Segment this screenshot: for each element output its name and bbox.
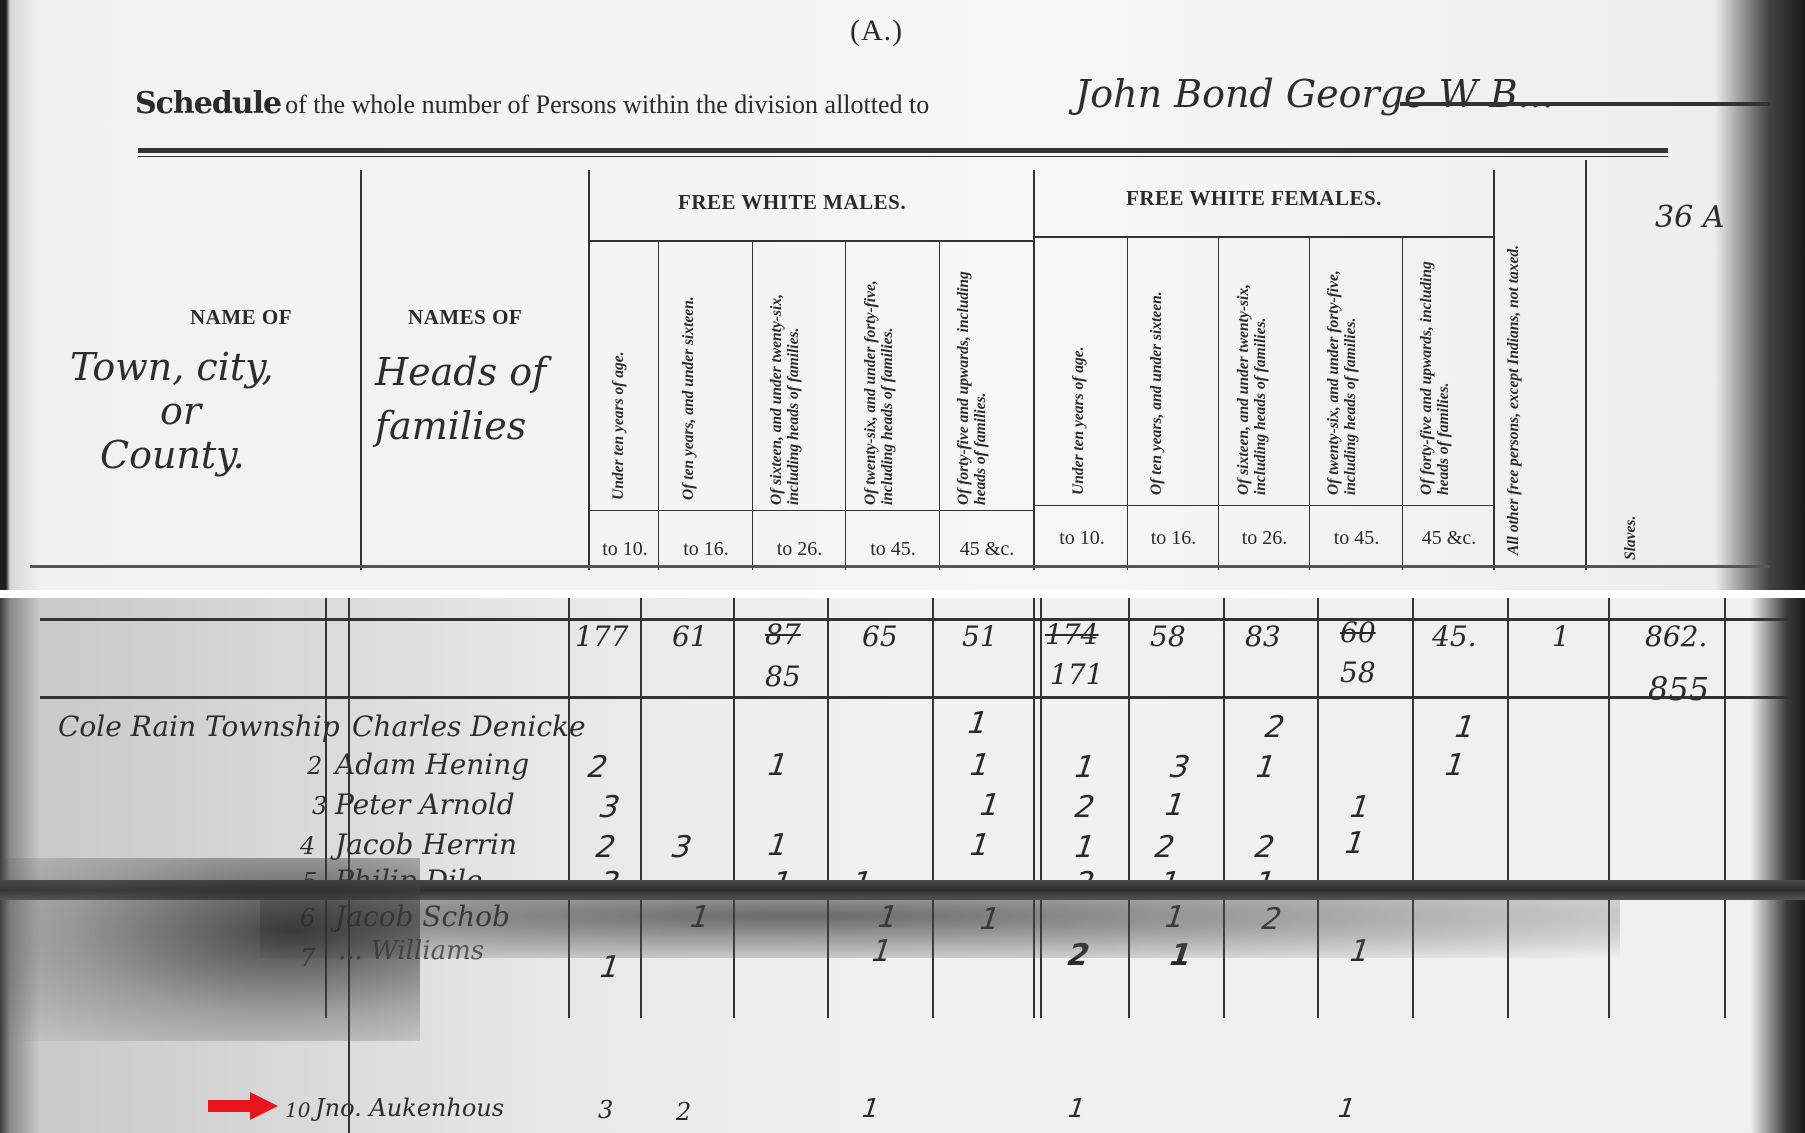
female-range-45up: 45 &c.	[1404, 527, 1494, 550]
divider-place-heads	[360, 170, 362, 570]
water-damage-smudge	[260, 898, 1620, 958]
row-number: 3	[312, 792, 327, 820]
form-header-panel: (A.) Schedule of the whole number of Per…	[0, 0, 1805, 590]
head-of-family: Charles Denicke	[352, 710, 586, 743]
red-arrow-icon	[208, 1092, 278, 1120]
tally-f-16-26: 2	[1249, 830, 1279, 865]
female-range-10-16: to 16.	[1129, 527, 1218, 550]
males-group-header: FREE WHITE MALES.	[678, 190, 906, 215]
tally-m-10-16: 3	[666, 830, 696, 865]
tally-f-under10: 1	[1069, 830, 1099, 865]
heads-col-handwritten: Heads of families	[375, 345, 546, 453]
tally-f-26-45: 1	[1333, 1094, 1359, 1124]
male-range-45up: 45 &c.	[941, 538, 1033, 561]
tally-m-45up: 1	[974, 788, 1004, 823]
head-of-family: Jno. Aukenhous	[315, 1094, 504, 1122]
other-free-persons-col: All other free persons, except Indians, …	[1505, 180, 1575, 555]
signature-underline	[1400, 102, 1770, 106]
tally-m-45up: 1	[964, 828, 994, 863]
tally-f-10-16: 1	[1159, 788, 1189, 823]
tally-f-16-26: 1	[1250, 750, 1280, 785]
male-col-divider	[845, 242, 846, 570]
assistant-signature: John Bond George W B...	[1075, 72, 1554, 116]
male-range-rule	[590, 510, 1034, 511]
male-range-under10: to 10.	[592, 538, 658, 561]
female-col-10-16-desc: Of ten years, and under sixteen.	[1148, 250, 1188, 495]
female-range-rule	[1035, 505, 1495, 506]
female-col-divider	[1127, 238, 1128, 570]
males-group-rule	[590, 240, 1034, 242]
female-col-divider	[1218, 238, 1219, 570]
head-of-family: Adam Hening	[335, 748, 529, 781]
tally-f-10-16: 3	[1164, 750, 1194, 785]
tally-f-45up: 1	[1449, 710, 1479, 745]
male-col-divider	[658, 242, 659, 570]
schedule-title: Schedule of the whole number of Persons …	[135, 86, 929, 121]
male-col-16-26-desc: Of sixteen, and under twenty-six, includ…	[768, 255, 828, 505]
row-number: 10	[285, 1098, 310, 1122]
form-label: (A.)	[850, 14, 903, 48]
row-rule	[40, 618, 1790, 621]
tally-f-under10: 2	[1069, 790, 1099, 825]
tally-m-16-26: 1	[762, 748, 792, 783]
male-col-10-16-desc: Of ten years, and under sixteen.	[680, 260, 720, 500]
total-m-16-26-struck: 87	[765, 618, 801, 651]
tally-m-under10: 3	[594, 790, 624, 825]
tally-f-under10: 1	[1069, 750, 1099, 785]
total-m-16-26-corrected: 85	[765, 660, 801, 693]
total-m-26-45: 65	[862, 620, 898, 653]
tally-f-45up: 1	[1439, 748, 1469, 783]
tally-m-under10: 2	[582, 750, 612, 785]
place-col-handwritten: Town, city, or County.	[70, 345, 274, 477]
place-col-label: NAME OF	[190, 305, 292, 330]
row-number: 4	[300, 832, 315, 860]
tally-f-26-45: 1	[1344, 790, 1374, 825]
tally-m-16-26: 1	[762, 828, 792, 863]
total-f-45up: 45.	[1432, 620, 1477, 653]
male-col-divider	[939, 242, 940, 570]
schedule-text: of the whole number of Persons within th…	[285, 90, 929, 119]
female-range-under10: to 10.	[1037, 527, 1127, 550]
schedule-word: Schedule	[135, 86, 281, 121]
total-other-free: 1	[1552, 620, 1570, 653]
total-f-under10-corrected: 171	[1050, 658, 1103, 691]
row-number: 2	[307, 752, 322, 780]
row-rule	[40, 696, 1790, 699]
total-f-16-26: 83	[1245, 620, 1281, 653]
male-range-10-16: to 16.	[660, 538, 752, 561]
total-f-10-16: 58	[1150, 620, 1186, 653]
heads-col-label: NAMES OF	[408, 305, 522, 330]
tally-m-45up: 1	[964, 748, 994, 783]
tally-f-26-45: 1	[1339, 826, 1369, 861]
tally-f-10-16: 2	[1149, 830, 1179, 865]
total-f-under10-struck: 174	[1045, 618, 1098, 651]
female-col-divider	[1309, 238, 1310, 570]
female-col-under10-desc: Under ten years of age.	[1070, 260, 1087, 495]
total-m-45up: 51	[962, 620, 998, 653]
col-rule	[1724, 598, 1726, 1018]
tally-f-16-26: 2	[1259, 710, 1289, 745]
head-of-family: Peter Arnold	[335, 788, 515, 821]
total-m-10-16: 61	[672, 620, 708, 653]
tally-m-10-16: 2	[676, 1098, 691, 1126]
divider-females-other	[1493, 170, 1495, 570]
tally-m-45up: 1	[962, 706, 992, 741]
head-of-family: Jacob Herrin	[335, 828, 517, 861]
top-rule	[138, 148, 1668, 153]
male-col-under10-desc: Under ten years of age.	[610, 260, 627, 500]
page-number: 36 A	[1655, 200, 1724, 235]
township-name: Cole Rain Township	[58, 710, 340, 743]
females-group-header: FREE WHITE FEMALES.	[1126, 186, 1382, 211]
total-persons-corrected: 855	[1648, 670, 1709, 708]
female-col-divider	[1402, 238, 1403, 570]
females-group-rule	[1035, 236, 1495, 238]
top-rule-thin	[138, 156, 1668, 157]
divider-other-slaves	[1585, 160, 1587, 570]
total-m-under10: 177	[575, 620, 628, 653]
female-range-16-26: to 26.	[1220, 527, 1309, 550]
female-col-45up-desc: Of forty-five and upwards, including hea…	[1418, 245, 1478, 495]
water-damage-left	[0, 858, 420, 1041]
female-col-16-26-desc: Of sixteen, and under twenty-six, includ…	[1235, 245, 1295, 495]
slaves-col: Slaves.	[1622, 480, 1639, 560]
total-persons-struck: 862.	[1645, 620, 1707, 653]
tally-f-under10: 1	[1063, 1094, 1089, 1124]
census-entries-panel: 177 61 87 85 65 51 174 171 58 83 60 58 4…	[0, 598, 1805, 1133]
total-f-26-45-struck: 60	[1340, 616, 1376, 649]
male-col-divider	[752, 242, 753, 570]
female-col-26-45-desc: Of twenty-six, and under forty-five, inc…	[1325, 245, 1385, 495]
female-range-26-45: to 45.	[1311, 527, 1402, 550]
tally-m-under10: 2	[590, 830, 620, 865]
tally-m-under10: 3	[598, 1096, 613, 1124]
male-col-45up-desc: Of forty-five and upwards, including hea…	[955, 255, 1015, 505]
male-col-26-45-desc: Of twenty-six, and under forty-five, inc…	[862, 255, 922, 505]
tally-m-26-45: 1	[857, 1094, 883, 1124]
total-f-26-45-corrected: 58	[1340, 656, 1376, 689]
header-bottom-rule	[30, 565, 1770, 568]
male-range-26-45: to 45.	[847, 538, 939, 561]
male-range-16-26: to 26.	[754, 538, 845, 561]
